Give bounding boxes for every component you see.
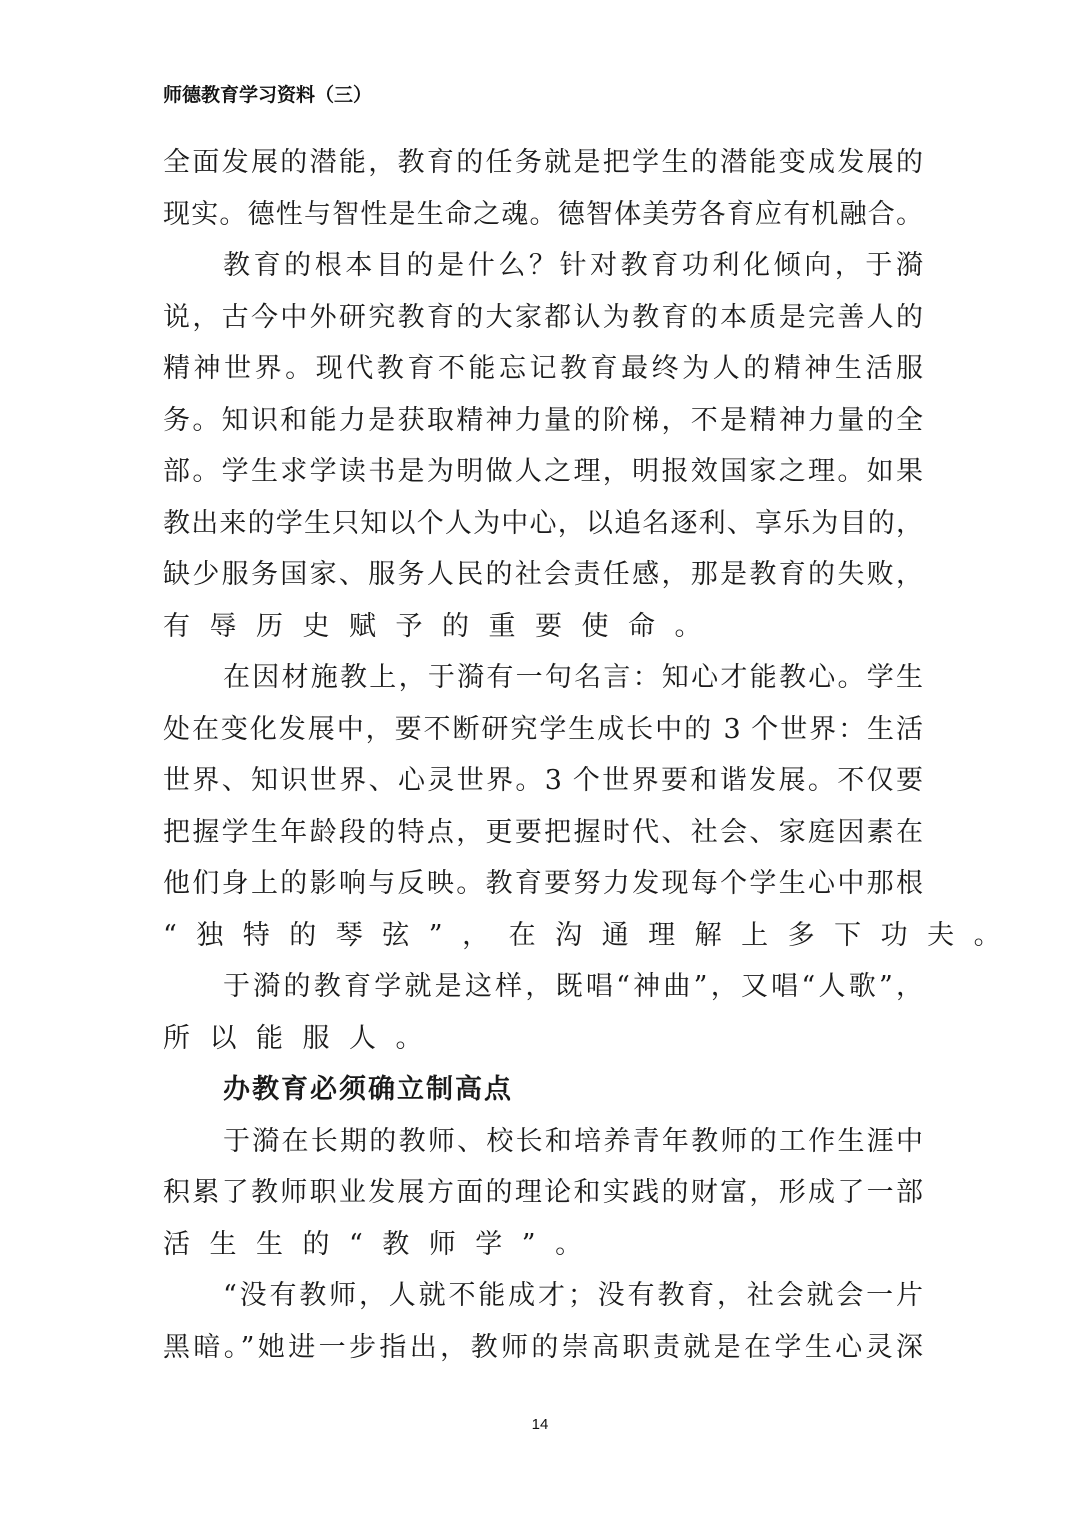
text-line: 积累了教师职业发展方面的理论和实践的财富，形成了一部	[163, 1167, 923, 1219]
text-line: 现实。德性与智性是生命之魂。德智体美劳各育应有机融合。	[163, 189, 923, 241]
section-heading: 办教育必须确立制高点	[163, 1064, 923, 1116]
paragraph-end: 有辱历史赋予的重要使命。	[163, 601, 923, 653]
page-number: 14	[0, 1416, 1080, 1433]
paragraph-start: 于漪在长期的教师、校长和培养青年教师的工作生涯中	[163, 1116, 923, 1168]
text-line: 世界、知识世界、心灵世界。3 个世界要和谐发展。不仅要	[163, 755, 923, 807]
paragraph-start: 教育的根本目的是什么？针对教育功利化倾向，于漪	[163, 240, 923, 292]
paragraph-start: 于漪的教育学就是这样，既唱“神曲”，又唱“人歌”，	[163, 961, 923, 1013]
text-line: 处在变化发展中，要不断研究学生成长中的 3 个世界：生活	[163, 704, 923, 756]
text-line: 黑暗。”她进一步指出，教师的崇高职责就是在学生心灵深	[163, 1322, 923, 1374]
paragraph-end: 活生生的“教师学”。	[163, 1219, 923, 1271]
text-line: 全面发展的潜能，教育的任务就是把学生的潜能变成发展的	[163, 137, 923, 189]
document-body: 全面发展的潜能，教育的任务就是把学生的潜能变成发展的 现实。德性与智性是生命之魂…	[163, 137, 923, 1373]
paragraph-end: “独特的琴弦”，在沟通理解上多下功夫。	[163, 910, 923, 962]
text-line: 务。知识和能力是获取精神力量的阶梯，不是精神力量的全	[163, 395, 923, 447]
text-line: 缺少服务国家、服务人民的社会责任感，那是教育的失败，	[163, 549, 923, 601]
text-line: 把握学生年龄段的特点，更要把握时代、社会、家庭因素在	[163, 807, 923, 859]
document-header: 师德教育学习资料（三）	[163, 80, 372, 107]
text-line: 说，古今中外研究教育的大家都认为教育的本质是完善人的	[163, 292, 923, 344]
paragraph-end: 所以能服人。	[163, 1013, 923, 1065]
text-line: 部。学生求学读书是为明做人之理，明报效国家之理。如果	[163, 446, 923, 498]
text-line: 精神世界。现代教育不能忘记教育最终为人的精神生活服	[163, 343, 923, 395]
text-line: 教出来的学生只知以个人为中心，以追名逐利、享乐为目的，	[163, 498, 923, 550]
text-line: 他们身上的影响与反映。教育要努力发现每个学生心中那根	[163, 858, 923, 910]
paragraph-start: “没有教师，人就不能成才；没有教育，社会就会一片	[163, 1270, 923, 1322]
paragraph-start: 在因材施教上，于漪有一句名言：知心才能教心。学生	[163, 652, 923, 704]
